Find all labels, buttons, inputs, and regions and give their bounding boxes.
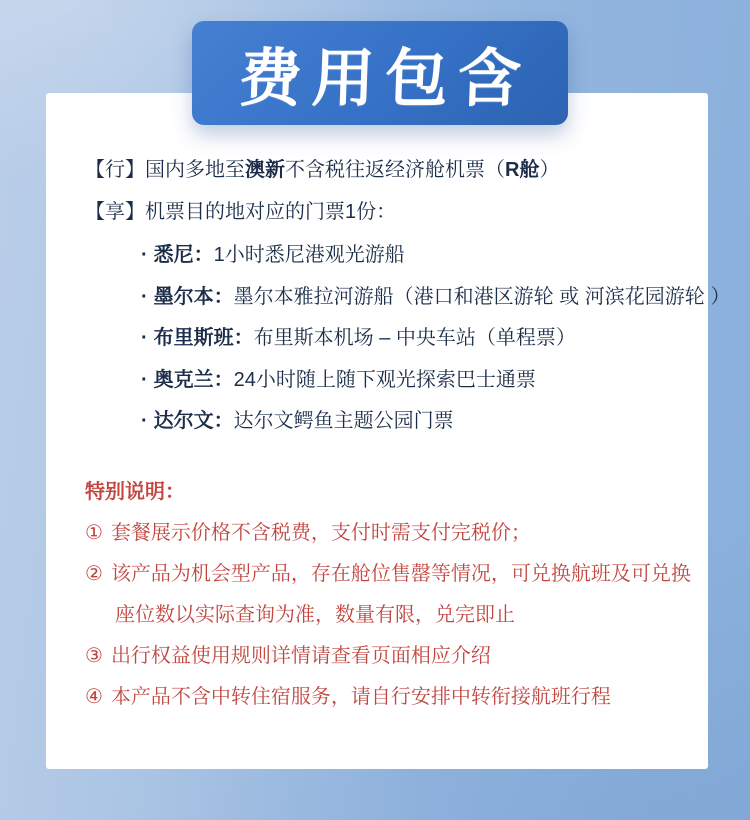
ticket-item-melbourne: ·墨尔本：墨尔本雅拉河游船（港口和港区游轮 或 河滨花园游轮 ） (141, 283, 730, 311)
ticket-item-darwin: ·达尔文：达尔文鳄鱼主题公园门票 (141, 407, 454, 435)
section-header-badge: 费用包含 (192, 21, 568, 125)
content-card: 【行】国内多地至澳新不含税往返经济舱机票（R舱） 【享】机票目的地对应的门票1份… (46, 93, 708, 769)
bullet-dot: · (141, 327, 148, 349)
bullet-dot: · (141, 369, 148, 391)
circled-number: ② (85, 563, 103, 585)
ticket-city: 布里斯班： (154, 327, 254, 349)
ticket-desc: 布里斯本机场 – 中央车站（单程票） (254, 327, 576, 349)
note-item-2: ②该产品为机会型产品，存在舱位售罄等情况，可兑换航班及可兑换 (85, 560, 691, 588)
circled-number: ① (85, 522, 103, 544)
ticket-city: 达尔文： (154, 410, 234, 432)
bullet-dot: · (141, 286, 148, 308)
circled-number: ④ (85, 686, 103, 708)
circled-number: ③ (85, 645, 103, 667)
intro-line-flight: 【行】国内多地至澳新不含税往返经济舱机票（R舱） (85, 156, 559, 184)
note-text: 套餐展示价格不含税费，支付时需支付完税价； (111, 522, 531, 544)
intro-line-flight-bold-class: R舱 (505, 159, 539, 181)
note-text: 该产品为机会型产品，存在舱位售罄等情况，可兑换航班及可兑换 (111, 563, 691, 585)
ticket-item-brisbane: ·布里斯班：布里斯本机场 – 中央车站（单程票） (141, 324, 576, 352)
note-item-4: ④本产品不含中转住宿服务，请自行安排中转衔接航班行程 (85, 683, 611, 711)
ticket-city: 墨尔本： (154, 286, 234, 308)
ticket-city: 奥克兰： (154, 369, 234, 391)
ticket-item-auckland: ·奥克兰：24小时随上随下观光探索巴士通票 (141, 366, 536, 394)
ticket-desc: 墨尔本雅拉河游船（港口和港区游轮 或 河滨花园游轮 ） (234, 286, 731, 308)
bullet-dot: · (141, 410, 148, 432)
intro-line-flight-text: 【行】国内多地至 (85, 159, 245, 181)
note-text: 本产品不含中转住宿服务，请自行安排中转衔接航班行程 (111, 686, 611, 708)
ticket-desc: 24小时随上随下观光探索巴士通票 (234, 369, 536, 391)
note-item-2-continued: 座位数以实际查询为准，数量有限，兑完即止 (115, 601, 515, 629)
note-item-1: ①套餐展示价格不含税费，支付时需支付完税价； (85, 519, 531, 547)
ticket-item-sydney: ·悉尼：1小时悉尼港观光游船 (141, 241, 405, 269)
ticket-desc: 达尔文鳄鱼主题公园门票 (234, 410, 454, 432)
note-text: 座位数以实际查询为准，数量有限，兑完即止 (115, 604, 515, 626)
bullet-dot: · (141, 244, 148, 266)
section-title: 费用包含 (227, 28, 532, 119)
note-text: 出行权益使用规则详情请查看页面相应介绍 (111, 645, 491, 667)
note-item-3: ③出行权益使用规则详情请查看页面相应介绍 (85, 642, 491, 670)
intro-line-flight-bold-destination: 澳新 (245, 159, 285, 181)
notes-heading: 特别说明： (85, 478, 185, 506)
ticket-desc: 1小时悉尼港观光游船 (214, 244, 405, 266)
intro-line-ticket: 【享】机票目的地对应的门票1份： (85, 198, 396, 226)
intro-line-ticket-text: 【享】机票目的地对应的门票1份： (85, 201, 396, 223)
ticket-city: 悉尼： (154, 244, 214, 266)
